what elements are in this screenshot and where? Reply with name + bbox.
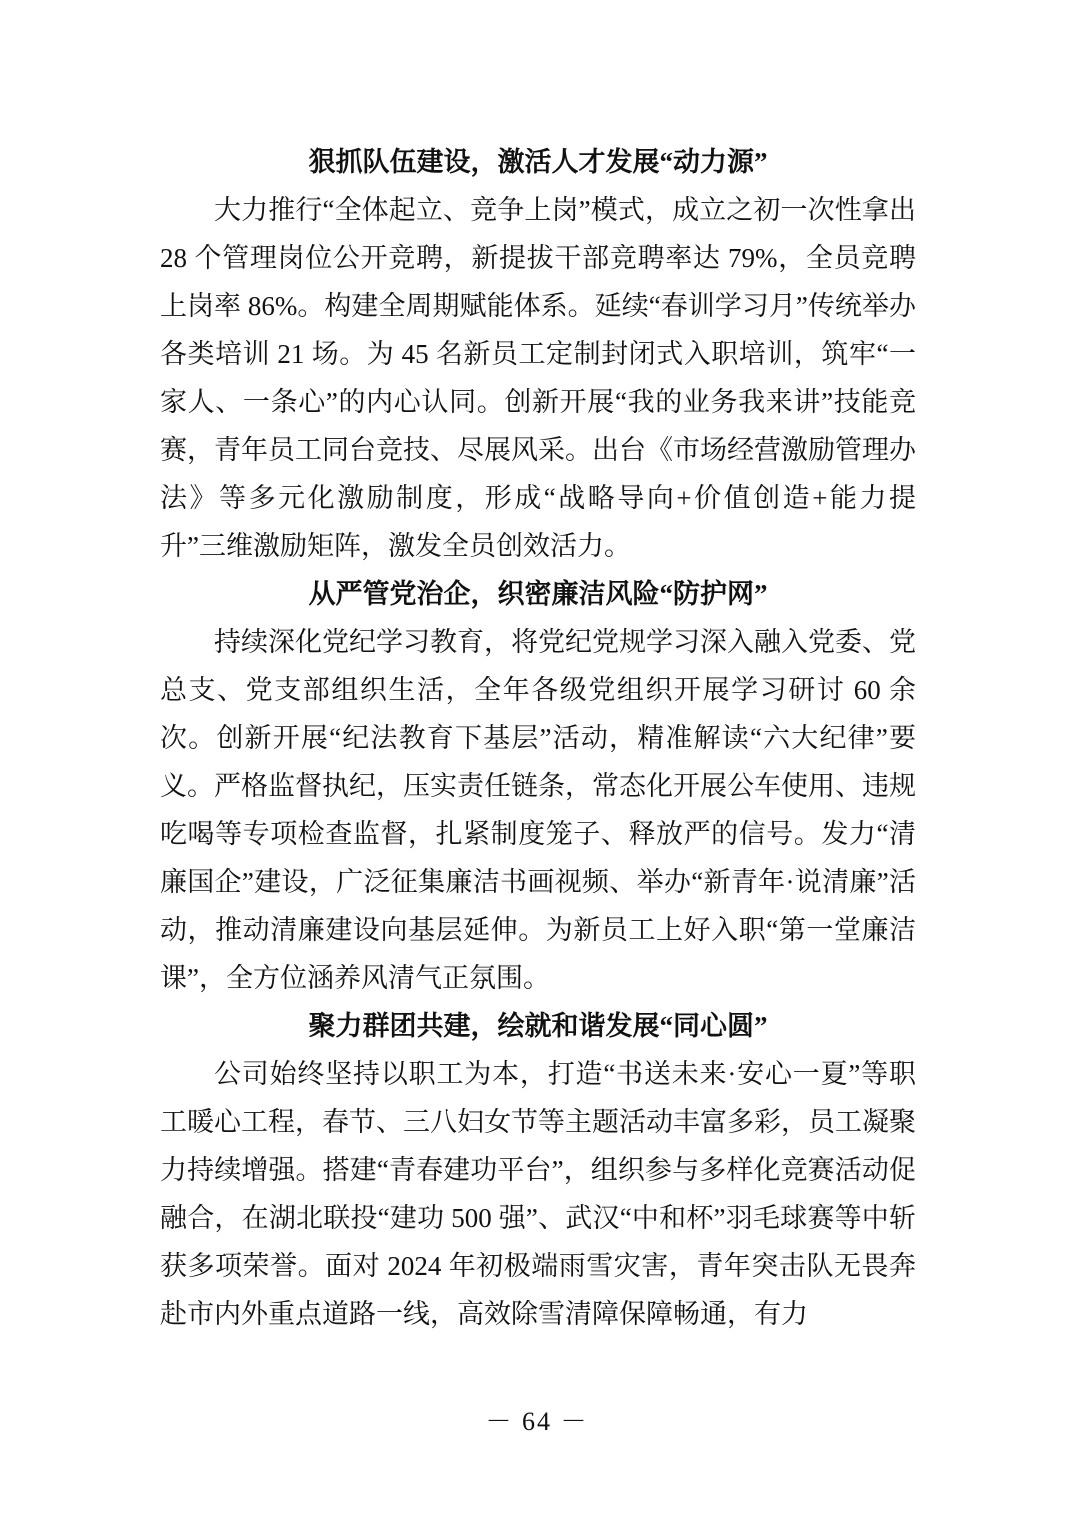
page-number: － 64 － xyxy=(0,1400,1074,1444)
section-paragraph-mass-organizations: 公司始终坚持以职工为本，打造“书送未来·安心一夏”等职工暖心工程，春节、三八妇女… xyxy=(160,1050,916,1338)
section-paragraph-party-discipline: 持续深化党纪学习教育，将党纪党规学习深入融入党委、党总支、党支部组织生活，全年各… xyxy=(160,618,916,1002)
section-heading-mass-organizations: 聚力群团共建，绘就和谐发展“同心圆” xyxy=(160,1002,916,1050)
document-page: 狠抓队伍建设，激活人才发展“动力源” 大力推行“全体起立、竞争上岗”模式，成立之… xyxy=(0,0,1074,1520)
section-heading-team-building: 狠抓队伍建设，激活人才发展“动力源” xyxy=(160,138,916,186)
document-content: 狠抓队伍建设，激活人才发展“动力源” 大力推行“全体起立、竞争上岗”模式，成立之… xyxy=(160,138,916,1338)
section-heading-party-discipline: 从严管党治企，织密廉洁风险“防护网” xyxy=(160,570,916,618)
section-paragraph-team-building: 大力推行“全体起立、竞争上岗”模式，成立之初一次性拿出 28 个管理岗位公开竞聘… xyxy=(160,186,916,570)
